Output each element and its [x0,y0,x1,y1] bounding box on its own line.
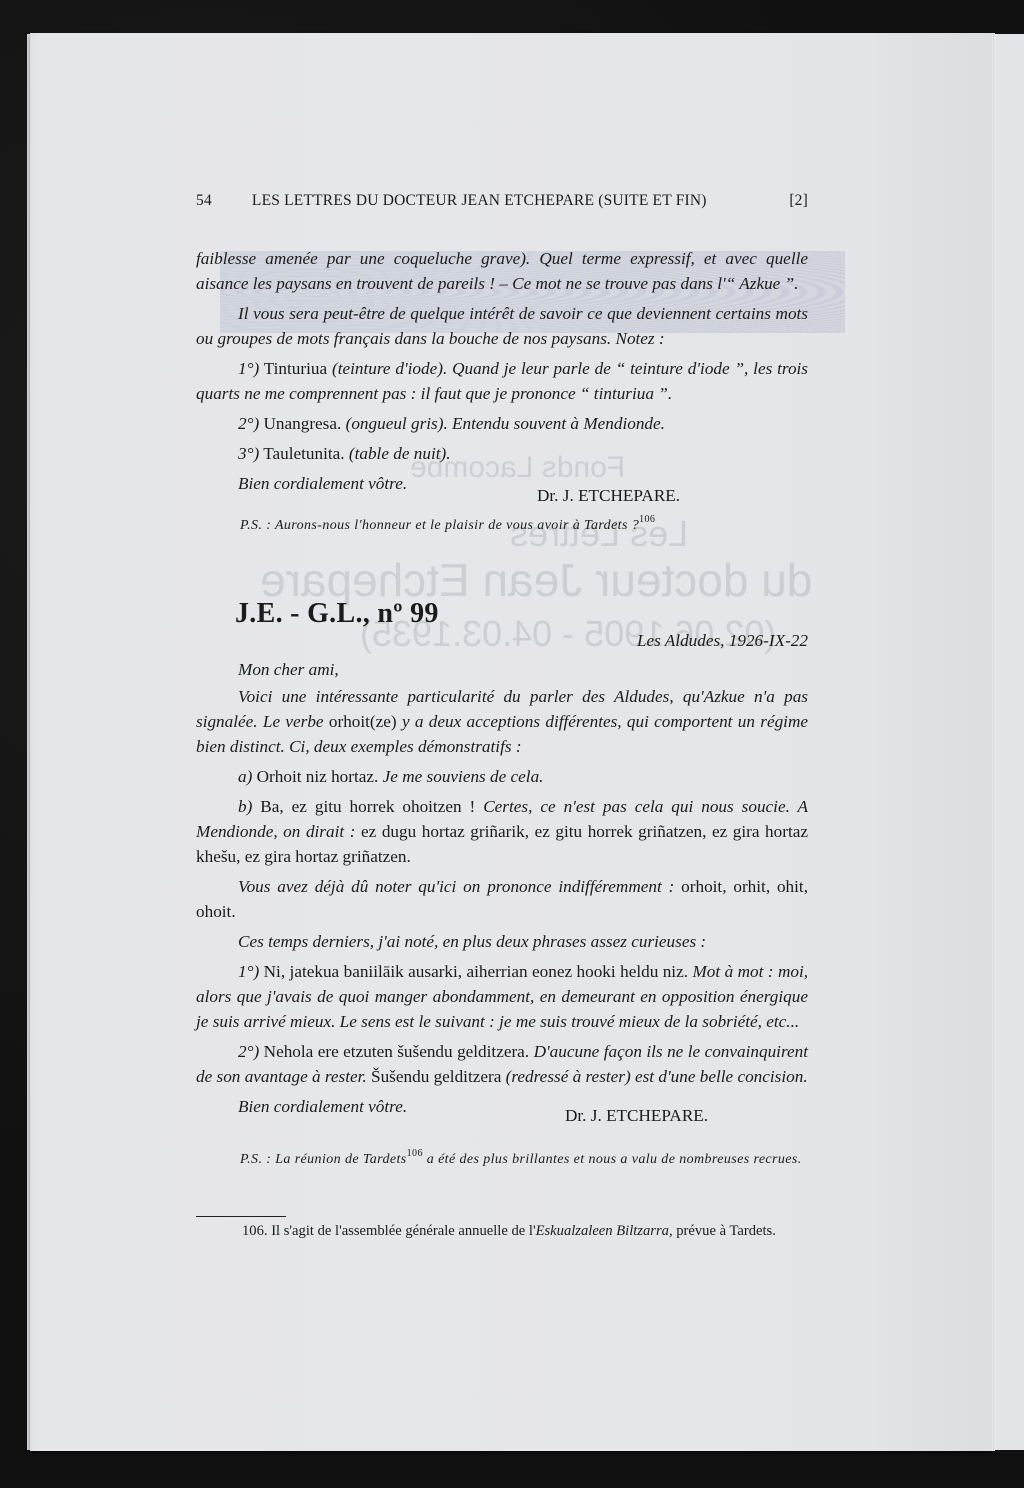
footnote-italic: Eskualzaleen Biltzarra, [536,1223,673,1239]
place-date: Les Aldudes, 1926-IX-22 [637,631,808,651]
paragraph-text: Vous avez déjà dû noter qu'ici on pronon… [238,877,674,896]
running-head: 54 LES LETTRES DU DOCTEUR JEAN ETCHEPARE… [196,192,808,210]
list-marker: b) [238,797,252,816]
paragraph: Voici une intéressante particularité du … [196,684,808,759]
footnote-text: 106. Il s'agit de l'assemblée générale a… [242,1223,536,1239]
facing-page-edge [995,34,1024,1450]
continuation-line: aisance les paysans en trouvent de parei… [196,271,808,296]
previous-letter-body: faiblesse amenée par une coqueluche grav… [196,246,808,496]
footnote-ref: 106 [407,1148,423,1159]
footnote-text: prévue à Tardets. [673,1223,776,1239]
list-marker: 3°) [238,444,259,463]
postscript-text: a été des plus brillantes et nous a valu… [427,1152,802,1167]
list-marker: 2°) [238,414,259,433]
signature: Dr. J. ETCHEPARE. [565,1106,708,1126]
salutation: Mon cher ami, [238,660,339,680]
postscript: P.S. : Aurons-nous l'honneur et le plais… [240,518,655,534]
footnote-rule [196,1216,286,1217]
list-marker: a) [238,767,252,786]
example-b: b) Ba, ez gitu horrek ohoitzen ! Certes,… [196,794,808,869]
french-gloss: (redressé à rester) est d'une belle conc… [506,1067,808,1086]
paragraph: Ces temps derniers, j'ai noté, en plus d… [196,929,808,954]
list-item: 3°) Tauletunita. (table de nuit). [196,441,808,466]
postscript-text: P.S. : Aurons-nous l'honneur et le plais… [240,518,639,533]
basque-phrase: Nehola ere etzuten šušendu gelditzera. [264,1042,529,1061]
list-item: 2°) Unangresa. (ongueul gris). Entendu s… [196,411,808,436]
example-a: a) Orhoit niz hortaz. Je me souviens de … [196,764,808,789]
closing: Bien cordialement vôtre. [196,471,808,496]
paragraph: Vous avez déjà dû noter qu'ici on pronon… [196,874,808,924]
list-marker: 1°) [238,962,259,981]
basque-phrase: Šušendu gelditzera [371,1067,501,1086]
basque-word: Tinturiua [264,359,327,378]
section-marker: [2] [789,192,808,210]
french-gloss: (table de nuit). [349,444,451,463]
signature: Dr. J. ETCHEPARE. [537,486,680,506]
page-number: 54 [196,192,212,210]
closing: Bien cordialement vôtre. [196,1094,808,1119]
basque-word: Tauletunita. [263,444,344,463]
phrase-2: 2°) Nehola ere etzuten šušendu gelditzer… [196,1039,808,1089]
basque-phrase: Ni, jatekua baniilāik ausarki, aiherrian… [264,962,688,981]
phrase-1: 1°) Ni, jatekua baniilāik ausarki, aiher… [196,959,808,1034]
basque-word: orhoit(ze) [329,712,397,731]
basque-phrase: Ba, ez gitu horrek ohoitzen ! [260,797,475,816]
basque-word: Unangresa. [264,414,342,433]
french-gloss: Je me souviens de cela. [383,767,544,786]
letter-heading: J.E. - G.L., nº 99 [235,598,439,630]
footnote-ref: 106 [639,514,655,525]
postscript-text: P.S. : La réunion de Tardets [240,1152,407,1167]
letter-99-body: Voici une intéressante particularité du … [196,684,808,1119]
paragraph: Il vous sera peut-être de quelque intérê… [196,301,808,351]
running-title: LES LETTRES DU DOCTEUR JEAN ETCHEPARE (S… [212,192,789,210]
postscript: P.S. : La réunion de Tardets106 a été de… [196,1150,808,1169]
list-marker: 2°) [238,1042,259,1061]
continuation-line: faiblesse amenée par une coqueluche grav… [196,246,808,271]
list-item: 1°) Tinturiua (teinture d'iode). Quand j… [196,356,808,406]
french-gloss: (ongueul gris). Entendu souvent à Mendio… [346,414,665,433]
footnote: 106. Il s'agit de l'assemblée générale a… [196,1222,808,1240]
list-marker: 1°) [238,359,259,378]
basque-phrase: Orhoit niz hortaz. [257,767,379,786]
